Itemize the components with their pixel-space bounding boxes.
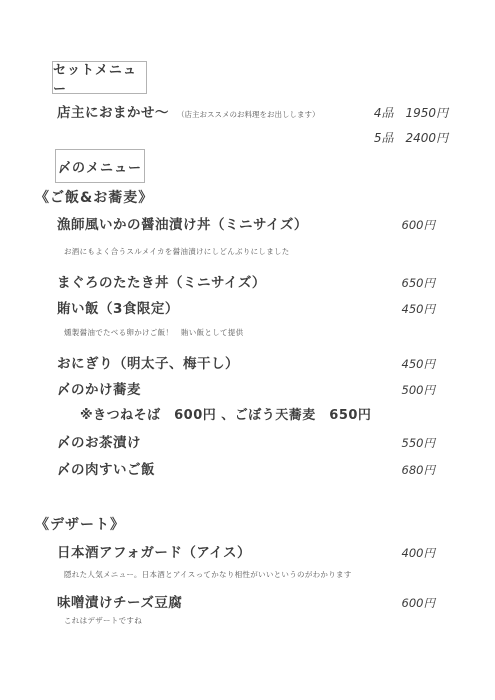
set-menu-box: セットメニュー xyxy=(52,61,147,94)
item-name: おにぎり（明太子、梅干し） xyxy=(57,352,239,372)
soba-variants-note: ※きつねそば 600円 、ごぼう天蕎麦 650円 xyxy=(80,404,371,423)
item-name: 漁師風いかの醤油漬け丼（ミニサイズ） xyxy=(57,213,308,233)
menu-item-row: 〆のお茶漬け 550円 xyxy=(57,431,435,451)
item-price: 450円 xyxy=(402,356,435,372)
omakase-name: 店主におまかせ〜 xyxy=(57,101,169,121)
item-name: まぐろのたたき丼（ミニサイズ） xyxy=(57,271,266,291)
omakase-row: 店主におまかせ〜 （店主おススメのお料理をお出しします） 4品 1950円 xyxy=(57,101,448,121)
menu-item-row: おにぎり（明太子、梅干し） 450円 xyxy=(57,352,435,372)
menu-item-row: 〆の肉すいご飯 680円 xyxy=(57,458,435,478)
item-note: 隠れた人気メニュー。日本酒とアイスってかなり相性がいいというのがわかります xyxy=(64,569,352,580)
menu-page: セットメニュー 店主におまかせ〜 （店主おススメのお料理をお出しします） 4品 … xyxy=(0,0,495,700)
menu-item-row: 日本酒アフォガード（アイス） 400円 xyxy=(57,541,435,561)
menu-item-row: 〆のかけ蕎麦 500円 xyxy=(57,378,435,398)
item-note: 燻製醤油でたべる卵かけご飯！ 賄い飯として提供 xyxy=(64,327,243,338)
section-header-dessert: 《デザート》 xyxy=(35,514,125,534)
item-price: 450円 xyxy=(402,301,435,317)
shime-menu-box-label: 〆のメニュー xyxy=(58,157,142,176)
item-price: 650円 xyxy=(402,275,435,291)
menu-item-row: 賄い飯（3食限定） 450円 xyxy=(57,297,435,317)
item-note: これはデザートですね xyxy=(64,615,142,626)
item-price: 600円 xyxy=(402,595,435,611)
item-name: 味噌漬けチーズ豆腐 xyxy=(57,591,182,611)
item-note: お酒にもよく合うスルメイカを醤油漬けにしどんぶりにしました xyxy=(64,246,290,257)
item-price: 550円 xyxy=(402,435,435,451)
item-price: 600円 xyxy=(402,217,435,233)
item-name: 〆のお茶漬け xyxy=(57,431,141,451)
menu-item-row: 漁師風いかの醤油漬け丼（ミニサイズ） 600円 xyxy=(57,213,435,233)
item-name: 〆のかけ蕎麦 xyxy=(57,378,141,398)
menu-item-row: 味噌漬けチーズ豆腐 600円 xyxy=(57,591,435,611)
menu-item-row: まぐろのたたき丼（ミニサイズ） 650円 xyxy=(57,271,435,291)
item-name: 賄い飯（3食限定） xyxy=(57,297,179,317)
omakase-price-4: 4品 1950円 xyxy=(374,104,448,121)
item-price: 500円 xyxy=(402,382,435,398)
item-name: 〆の肉すいご飯 xyxy=(57,458,155,478)
item-price: 680円 xyxy=(402,462,435,478)
shime-menu-box: 〆のメニュー xyxy=(55,149,145,183)
omakase-note: （店主おススメのお料理をお出しします） xyxy=(177,109,374,120)
omakase-price-5: 5品 2400円 xyxy=(374,129,448,146)
set-menu-box-label: セットメニュー xyxy=(53,59,146,97)
section-header-rice-soba: 《ご飯&お蕎麦》 xyxy=(35,187,153,207)
item-name: 日本酒アフォガード（アイス） xyxy=(57,541,251,561)
item-price: 400円 xyxy=(402,545,435,561)
